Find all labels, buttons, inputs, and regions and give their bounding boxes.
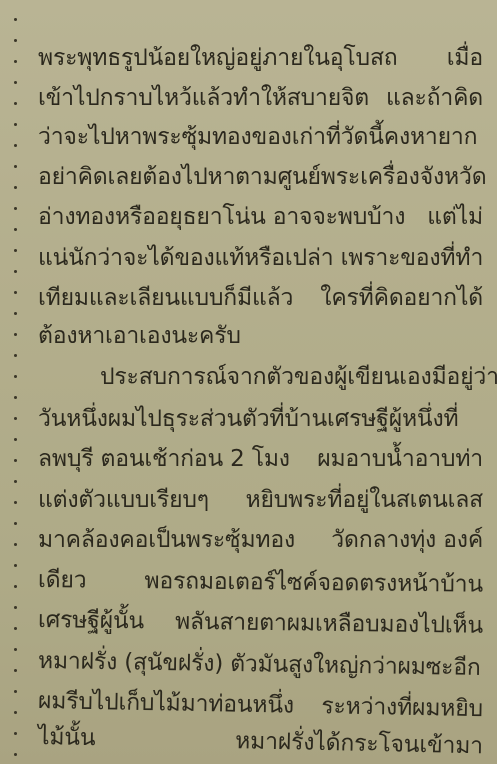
text-line-left: อย่าคิดเลยต้องไปหาตามศูนย์พระเครื่องจังห… <box>38 164 486 190</box>
text-line-left: มาคล้องคอเป็นพระซุ้มทอง <box>38 527 295 553</box>
margin-dot <box>14 711 17 714</box>
text-line-left: อ่างทองหรืออยุธยาโน่น อาจจะพบบ้าง <box>38 204 405 230</box>
text-line: เข้าไปกราบไหว้แล้วทำให้สบายจิตและถ้าคิด <box>38 83 483 113</box>
text-line: แน่นักว่าจะได้ของแท้หรือเปล่า เพราะของที… <box>38 243 483 273</box>
margin-dot <box>14 165 17 168</box>
text-line-left: ประสบการณ์จากตัวของผู้เขียนเองมีอยู่ว่า <box>100 364 497 390</box>
text-line: อย่าคิดเลยต้องไปหาตามศูนย์พระเครื่องจังห… <box>38 162 483 192</box>
text-line: อ่างทองหรืออยุธยาโน่น อาจจะพบบ้างแต่ไม่ <box>38 202 483 232</box>
text-line-left: เข้าไปกราบไหว้แล้วทำให้สบายจิต <box>38 85 369 111</box>
text-line-right: แต่ไม่ <box>427 202 483 232</box>
text-line-right: หมาฝรั่งได้กระโจนเข้ามา <box>235 726 483 761</box>
text-line-left: เทียมและเลียนแบบก็มีแล้ว <box>38 285 293 311</box>
text-line: เศรษฐีผู้นั้นพลันสายตาผมเหลือบมองไปเห็น <box>38 605 483 641</box>
text-line-right: เมื่อ <box>447 43 483 73</box>
margin-dot <box>14 459 17 462</box>
margin-dot <box>14 228 17 231</box>
margin-dot <box>14 123 17 126</box>
text-line: มาคล้องคอเป็นพระซุ้มทองวัดกลางทุ่ง องค์ <box>38 525 483 555</box>
text-line-left: เดียว <box>38 567 87 594</box>
margin-dot <box>14 354 17 357</box>
margin-dot <box>14 60 17 63</box>
text-line: ประสบการณ์จากตัวของผู้เขียนเองมีอยู่ว่า <box>100 362 483 392</box>
margin-dot <box>14 312 17 315</box>
text-line-left: วันหนึ่งผมไปธุระส่วนตัวที่บ้านเศรษฐีผู้ห… <box>38 406 458 432</box>
text-line-left: หมาฝรั่ง (สุนัขฝรั่ง) ตัวมันสูงใหญ่กว่าผ… <box>38 648 481 681</box>
margin-dot <box>14 438 17 441</box>
margin-dot <box>14 102 17 105</box>
text-line: ต้องหาเอาเองนะครับ <box>38 321 483 351</box>
text-line-left: ไม้นั้น <box>38 724 96 751</box>
margin-dot <box>14 207 17 210</box>
text-line-right: ระหว่างที่ผมหยิบ <box>321 691 483 724</box>
text-line-right: พลันสายตาผมเหลือบมองไปเห็น <box>175 607 483 641</box>
margin-dot <box>14 627 17 630</box>
margin-dot <box>14 564 17 567</box>
text-line-left: เศรษฐีผู้นั้น <box>38 607 144 634</box>
margin-dot <box>14 375 17 378</box>
margin-dot <box>14 690 17 693</box>
margin-dot <box>14 732 17 735</box>
text-line-left: ลพบุรี ตอนเช้าก่อน 2 โมง <box>38 446 290 472</box>
margin-dot <box>14 648 17 651</box>
margin-dot <box>14 480 17 483</box>
margin-dot <box>14 333 17 336</box>
text-line: ลพบุรี ตอนเช้าก่อน 2 โมงผมอาบน้ำอาบท่า <box>38 444 483 474</box>
margin-dot <box>14 669 17 672</box>
margin-dot <box>14 522 17 525</box>
text-line: พระพุทธรูปน้อยใหญ่อยู่ภายในอุโบสถเมื่อ <box>38 43 483 73</box>
text-line-left: พระพุทธรูปน้อยใหญ่อยู่ภายในอุโบสถ <box>38 45 398 71</box>
margin-dot <box>14 144 17 147</box>
text-line: ผมรีบไปเก็บไม้มาท่อนหนึ่งระหว่างที่ผมหยิ… <box>38 686 483 724</box>
margin-dot <box>14 417 17 420</box>
text-line: ไม้นั้นหมาฝรั่งได้กระโจนเข้ามา <box>38 722 484 761</box>
text-line-right: ใครที่คิดอยากได้ <box>320 283 483 313</box>
book-page: พระพุทธรูปน้อยใหญ่อยู่ภายในอุโบสถเมื่อเข… <box>0 0 497 764</box>
text-line-left: ว่าจะไปหาพระซุ้มทองของเก่าที่วัดนี้คงหาย… <box>38 124 477 150</box>
margin-dot <box>14 501 17 504</box>
text-line: แต่งตัวแบบเรียบๆหยิบพระที่อยู่ในสเตนเลส <box>38 485 483 515</box>
margin-dot <box>14 18 17 21</box>
margin-dot <box>14 753 17 756</box>
text-line-right: และถ้าคิด <box>386 83 483 113</box>
margin-dot <box>14 81 17 84</box>
margin-dot <box>14 585 17 588</box>
margin-dot <box>14 186 17 189</box>
text-line-right: พอรถมอเตอร์ไซค์จอดตรงหน้าบ้าน <box>144 566 483 600</box>
text-line-left: ต้องหาเอาเองนะครับ <box>38 323 241 349</box>
binding-dots <box>14 0 20 764</box>
margin-dot <box>14 543 17 546</box>
text-line-right: หยิบพระที่อยู่ในสเตนเลส <box>246 485 483 515</box>
margin-dot <box>14 606 17 609</box>
text-line: หมาฝรั่ง (สุนัขฝรั่ง) ตัวมันสูงใหญ่กว่าผ… <box>38 646 483 683</box>
margin-dot <box>14 291 17 294</box>
text-line-right: วัดกลางทุ่ง องค์ <box>331 525 483 555</box>
text-line-left: ผมรีบไปเก็บไม้มาท่อนหนึ่ง <box>38 688 294 719</box>
text-line-left: แต่งตัวแบบเรียบๆ <box>38 487 209 513</box>
margin-dot <box>14 270 17 273</box>
margin-dot <box>14 39 17 42</box>
text-line: เทียมและเลียนแบบก็มีแล้วใครที่คิดอยากได้ <box>38 283 483 313</box>
text-line: เดียวพอรถมอเตอร์ไซค์จอดตรงหน้าบ้าน <box>38 565 483 600</box>
margin-dot <box>14 249 17 252</box>
text-line: ว่าจะไปหาพระซุ้มทองของเก่าที่วัดนี้คงหาย… <box>38 122 483 152</box>
text-line-left: แน่นักว่าจะได้ของแท้หรือเปล่า เพราะของที… <box>38 245 483 271</box>
text-line: วันหนึ่งผมไปธุระส่วนตัวที่บ้านเศรษฐีผู้ห… <box>38 404 483 434</box>
margin-dot <box>14 396 17 399</box>
text-line-right: ผมอาบน้ำอาบท่า <box>317 444 483 474</box>
